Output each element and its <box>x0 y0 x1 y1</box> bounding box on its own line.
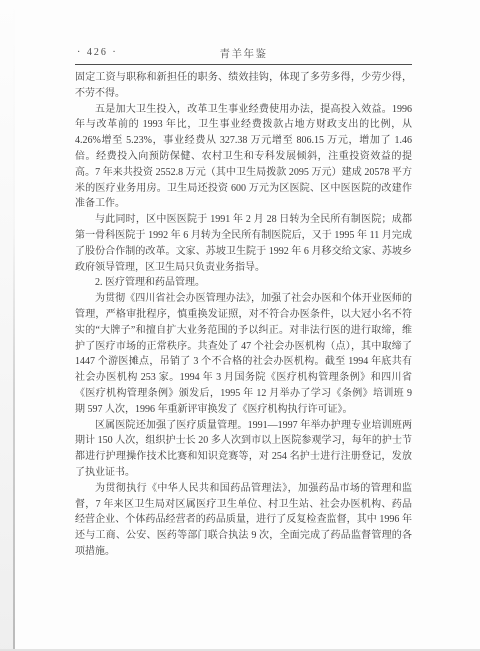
paragraph: 与此同时，区中医医院于 1991 年 2 月 28 日转为全民所有制医院；成都第… <box>75 212 412 275</box>
scanned-page: · 426 · 青羊年鉴 固定工资与职称和新担任的职务、绩效挂钩，体现了多劳多得… <box>0 0 480 651</box>
scan-edge-line <box>13 0 15 651</box>
scan-left-shading <box>0 0 13 651</box>
page-header: · 426 · 青羊年鉴 <box>75 44 412 62</box>
book-title: 青羊年鉴 <box>75 46 412 61</box>
paragraph: 区属医院还加强了医疗质量管理。1991—1997 年举办护理专业培训班两期计 1… <box>75 418 412 481</box>
page-content: · 426 · 青羊年鉴 固定工资与职称和新担任的职务、绩效挂钩，体现了多劳多得… <box>75 44 412 560</box>
paragraph: 为贯彻执行《中华人民共和国药品管理法》，加强药品市场的管理和监督，7 年来区卫生… <box>75 481 412 560</box>
paragraph: 为贯彻《四川省社会办医管理办法》，加强了社会办医和个体开业医师的管理，严格审批程… <box>75 291 412 417</box>
header-rule <box>75 64 412 65</box>
paragraph: 五是加大卫生投入，改革卫生事业经费使用办法，提高投入效益。1996 年与改革前的… <box>75 102 412 213</box>
page-body: 固定工资与职称和新担任的职务、绩效挂钩，体现了多劳多得，少劳少得，不劳不得。五是… <box>75 70 412 560</box>
paragraph: 2. 医疗管理和药品管理。 <box>75 275 412 291</box>
paragraph: 固定工资与职称和新担任的职务、绩效挂钩，体现了多劳多得，少劳少得，不劳不得。 <box>75 70 412 102</box>
